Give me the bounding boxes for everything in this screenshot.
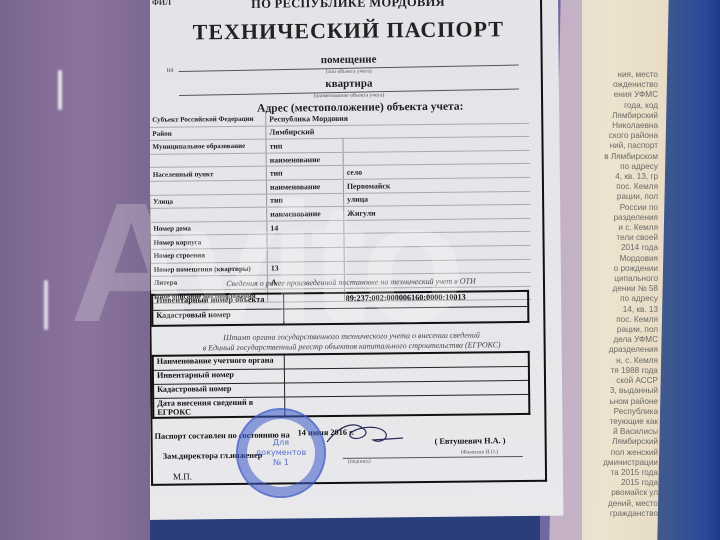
address-subfield xyxy=(267,247,344,261)
signature-caption: (подпись) xyxy=(348,459,371,465)
address-label xyxy=(150,207,267,222)
row-value xyxy=(285,394,530,416)
address-subfield: наименование xyxy=(266,152,343,166)
seal-label: М.П. xyxy=(173,471,192,481)
address-subfield: тип xyxy=(266,139,343,153)
address-label: Номер помещения (квартиры) xyxy=(151,262,268,277)
round-stamp: Для документов № 1 xyxy=(236,408,326,498)
address-label: Номер строения xyxy=(151,248,268,263)
address-label: Район xyxy=(149,126,266,141)
address-subfield: тип xyxy=(266,166,343,180)
address-label: Муниципальное образование xyxy=(149,139,266,154)
table-row: Кадастровый номер xyxy=(152,306,528,325)
address-table: Субъект Российской ФедерацииРеспублика М… xyxy=(149,110,531,304)
address-label: Населенный пункт xyxy=(150,167,267,182)
egroks-table: Наименование учетного органаИнвентарный … xyxy=(152,351,531,419)
address-label: Субъект Российской Федерации xyxy=(149,113,266,127)
row-key: Наименование учетного органа xyxy=(153,354,285,370)
address-subfield: 13 xyxy=(267,261,344,275)
row-key: Кадастровый номер xyxy=(152,309,284,326)
glare xyxy=(58,70,62,110)
glare xyxy=(44,280,48,330)
signer-name: ( Евтушевич Н.А. ) xyxy=(435,436,506,446)
address-label: Номер корпуса xyxy=(150,235,267,250)
signer-name-caption: (Фамилия И.О.) xyxy=(461,449,498,455)
address-subfield: наименование xyxy=(267,207,344,221)
address-subfield: 14 xyxy=(267,220,344,234)
plastic-folder-left xyxy=(0,0,150,540)
address-label: Улица xyxy=(150,194,267,209)
registration-table: Инвентарный номер объекта89:237:002:0000… xyxy=(151,290,529,327)
table-row: Дата внесения сведений в ЕГРОКС xyxy=(153,394,529,417)
row-value xyxy=(284,306,529,324)
signature xyxy=(325,420,405,450)
row-key: Инвентарный номер xyxy=(153,369,285,384)
address-subfield xyxy=(267,234,344,248)
row-key: Кадастровый номер xyxy=(153,383,285,398)
address-label xyxy=(150,180,267,195)
stamp-text: Для документов № 1 xyxy=(238,438,324,468)
address-subfield: тип xyxy=(267,193,344,207)
address-label: Номер дома xyxy=(150,221,267,236)
address-label xyxy=(150,153,267,168)
row-key: Инвентарный номер объекта xyxy=(152,293,284,310)
address-subfield: наименование xyxy=(266,179,343,193)
document-title: ТЕХНИЧЕСКИЙ ПАСПОРТ xyxy=(138,16,558,46)
